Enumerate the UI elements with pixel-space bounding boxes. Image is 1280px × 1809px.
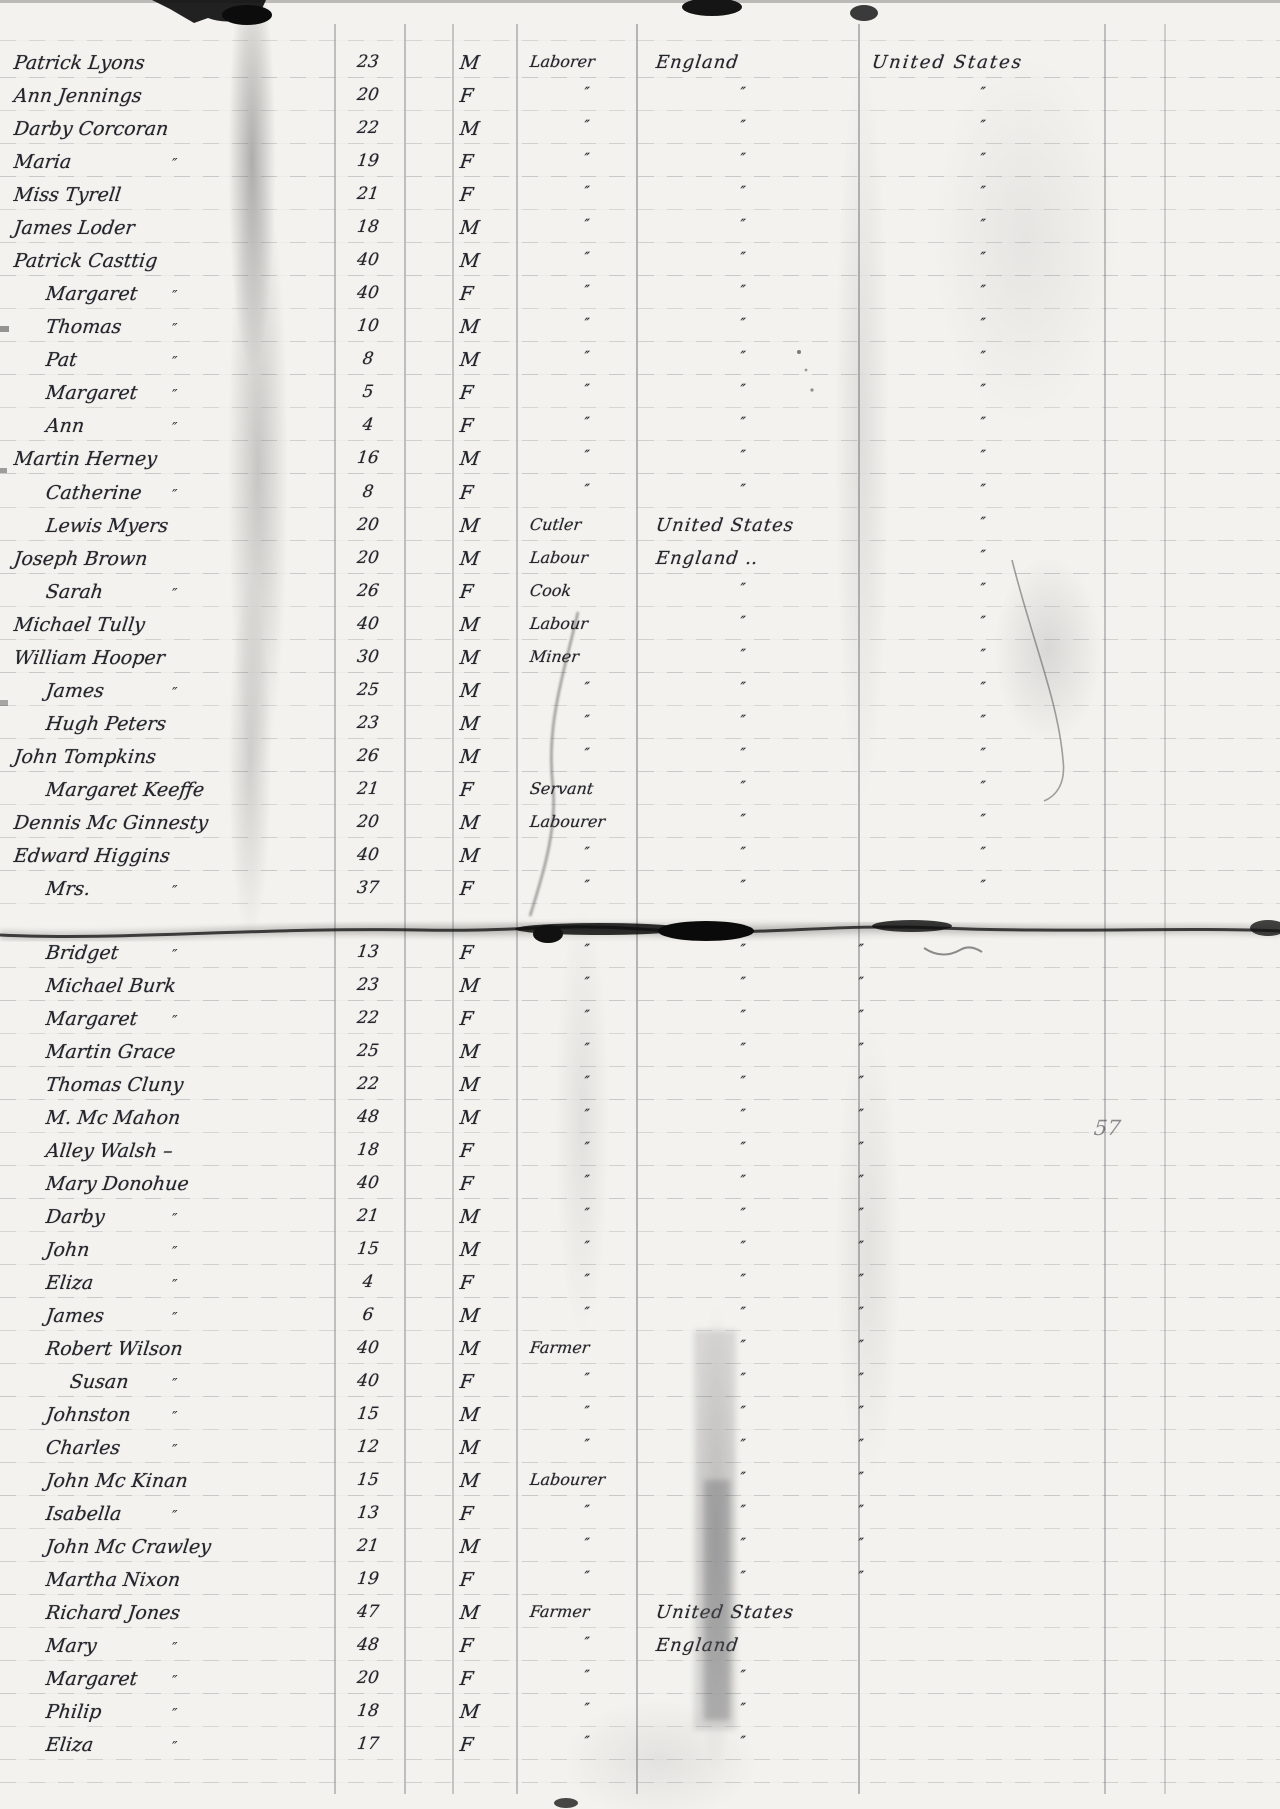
cell-age: 40 — [337, 1338, 399, 1358]
cell-age: 4 — [337, 1272, 399, 1292]
cell-residence: ″ — [857, 1470, 864, 1486]
cell-age: 23 — [337, 975, 399, 995]
cell-sex: F — [459, 1272, 510, 1294]
cell-birthplace: ″ — [739, 1470, 746, 1486]
cell-name: John Mc Crawley — [45, 1536, 213, 1558]
ledger-section-2: Bridget13F″″″″Michael Burk23M″″″Margaret… — [0, 0, 1280, 1809]
name-ditto-mark: ″ — [172, 1309, 178, 1327]
cell-sex: M — [459, 1404, 510, 1426]
ledger-row: Martha Nixon19F″″″ — [0, 1569, 1280, 1599]
cell-sex: M — [459, 1239, 510, 1261]
cell-age: 40 — [337, 1371, 399, 1391]
cell-birthplace: ″ — [739, 1239, 746, 1255]
cell-age: 18 — [337, 1140, 399, 1160]
page-number: 57 — [1093, 1116, 1122, 1140]
ledger-row: John Mc Kinan15MLabourer″″ — [0, 1470, 1280, 1500]
cell-birthplace: ″ — [739, 1404, 746, 1420]
cell-birthplace: ″ — [739, 1272, 746, 1288]
cell-sex: F — [459, 1173, 510, 1195]
cell-name: Isabella — [45, 1503, 123, 1525]
cell-age: 25 — [337, 1041, 399, 1061]
cell-sex: M — [459, 1470, 510, 1492]
cell-birthplace: ″ — [739, 1338, 746, 1354]
ledger-row: Robert Wilson40MFarmer″″ — [0, 1338, 1280, 1368]
cell-occupation: ″ — [583, 942, 590, 958]
cell-name: Mary Donohue — [45, 1173, 190, 1195]
cell-age: 15 — [337, 1239, 399, 1259]
cell-sex: F — [459, 1635, 510, 1657]
ledger-row: Martin Grace25M″″″ — [0, 1041, 1280, 1071]
ledger-row: Philip18M″″″ — [0, 1701, 1280, 1731]
cell-occupation: ″ — [583, 1272, 590, 1288]
cell-occupation: ″ — [583, 1074, 590, 1090]
name-ditto-mark: ″ — [172, 1375, 178, 1393]
cell-occupation: ″ — [583, 1437, 590, 1453]
cell-age: 48 — [337, 1107, 399, 1127]
ledger-row: Mary48F″England″ — [0, 1635, 1280, 1665]
cell-residence: ″ — [857, 1173, 864, 1189]
cell-birthplace: United States — [655, 1602, 796, 1623]
name-ditto-mark: ″ — [172, 1012, 178, 1030]
name-ditto-mark: ″ — [172, 1672, 178, 1690]
cell-sex: F — [459, 1569, 510, 1591]
cell-residence: ″ — [857, 1569, 864, 1585]
cell-name: Margaret — [45, 1668, 139, 1690]
cell-age: 19 — [337, 1569, 399, 1589]
cell-birthplace: ″ — [739, 1437, 746, 1453]
cell-name: James — [45, 1305, 106, 1327]
cell-occupation: ″ — [583, 1008, 590, 1024]
cell-occupation: ″ — [583, 1404, 590, 1420]
cell-name: Johnston — [45, 1404, 132, 1426]
ledger-row: M. Mc Mahon48M″″″ — [0, 1107, 1280, 1137]
cell-name: John Mc Kinan — [45, 1470, 189, 1492]
cell-birthplace: ″ — [739, 1107, 746, 1123]
cell-birthplace: ″ — [739, 942, 746, 958]
cell-birthplace: ″ — [739, 1173, 746, 1189]
cell-residence: ″ — [857, 1404, 864, 1420]
cell-residence: ″ — [857, 1503, 864, 1519]
cell-occupation: Farmer — [529, 1338, 591, 1357]
ledger-row: John15M″″″″ — [0, 1239, 1280, 1269]
cell-name: Martin Grace — [45, 1041, 177, 1063]
cell-occupation: ″ — [583, 1635, 590, 1651]
cell-age: 17 — [337, 1734, 399, 1754]
ledger-row: Richard Jones47MFarmerUnited States — [0, 1602, 1280, 1632]
cell-occupation: ″ — [583, 1371, 590, 1387]
cell-residence: ″ — [857, 1041, 864, 1057]
cell-residence: ″ — [857, 1371, 864, 1387]
cell-residence: ″ — [857, 1536, 864, 1552]
cell-birthplace: ″ — [739, 1008, 746, 1024]
name-ditto-mark: ″ — [172, 946, 178, 964]
name-ditto-mark: ″ — [172, 1705, 178, 1723]
cell-name: Philip — [45, 1701, 103, 1723]
cell-age: 40 — [337, 1173, 399, 1193]
cell-sex: F — [459, 1371, 510, 1393]
ledger-row: Thomas Cluny22M″″″ — [0, 1074, 1280, 1104]
cell-residence: ″ — [857, 1008, 864, 1024]
cell-age: 20 — [337, 1668, 399, 1688]
cell-occupation: ″ — [583, 1107, 590, 1123]
cell-residence: ″ — [857, 1239, 864, 1255]
name-ditto-mark: ″ — [172, 1639, 178, 1657]
cell-occupation: ″ — [583, 1668, 590, 1684]
cell-age: 18 — [337, 1701, 399, 1721]
cell-birthplace: ″ — [739, 1206, 746, 1222]
name-ditto-mark: ″ — [172, 1738, 178, 1756]
cell-sex: M — [459, 1536, 510, 1558]
ledger-row: James6M″″″″ — [0, 1305, 1280, 1335]
cell-age: 21 — [337, 1206, 399, 1226]
ledger-page: Patrick Lyons23MLaborerEnglandUnited Sta… — [0, 0, 1280, 1809]
cell-occupation: ″ — [583, 1701, 590, 1717]
ledger-row: Mary Donohue40F″″″ — [0, 1173, 1280, 1203]
cell-occupation: ″ — [583, 1569, 590, 1585]
cell-sex: M — [459, 1041, 510, 1063]
cell-name: Richard Jones — [45, 1602, 182, 1624]
cell-birthplace: ″ — [739, 1734, 746, 1750]
cell-occupation: ″ — [583, 975, 590, 991]
cell-birthplace: ″ — [739, 1140, 746, 1156]
cell-age: 48 — [337, 1635, 399, 1655]
ledger-row: Charles12M″″″″ — [0, 1437, 1280, 1467]
cell-birthplace: ″ — [739, 1503, 746, 1519]
cell-birthplace: ″ — [739, 1074, 746, 1090]
ledger-row: Susan40F″″″″ — [0, 1371, 1280, 1401]
cell-age: 22 — [337, 1008, 399, 1028]
cell-occupation: ″ — [583, 1305, 590, 1321]
name-ditto-mark: ″ — [172, 1507, 178, 1525]
ledger-row: Johnston15M″″″″ — [0, 1404, 1280, 1434]
cell-sex: F — [459, 1008, 510, 1030]
cell-name: Margaret — [45, 1008, 139, 1030]
cell-residence: ″ — [857, 1206, 864, 1222]
cell-residence: ″ — [857, 942, 864, 958]
cell-sex: M — [459, 1206, 510, 1228]
cell-age: 21 — [337, 1536, 399, 1556]
cell-birthplace: England — [655, 1635, 740, 1656]
cell-occupation: ″ — [583, 1239, 590, 1255]
cell-occupation: ″ — [583, 1734, 590, 1750]
cell-sex: M — [459, 1074, 510, 1096]
cell-age: 12 — [337, 1437, 399, 1457]
cell-sex: M — [459, 1338, 510, 1360]
cell-name: Darby — [45, 1206, 106, 1228]
name-ditto-mark: ″ — [172, 1243, 178, 1261]
name-ditto-mark: ″ — [172, 1408, 178, 1426]
cell-residence: ″ — [857, 1272, 864, 1288]
cell-occupation: ″ — [583, 1206, 590, 1222]
cell-birthplace: ″ — [739, 1371, 746, 1387]
cell-name: Martha Nixon — [45, 1569, 182, 1591]
cell-name: Michael Burk — [45, 975, 178, 997]
cell-birthplace: ″ — [739, 1668, 746, 1684]
cell-birthplace: ″ — [739, 1536, 746, 1552]
cell-age: 13 — [337, 1503, 399, 1523]
cell-name: Eliza — [45, 1734, 95, 1756]
cell-age: 22 — [337, 1074, 399, 1094]
cell-sex: F — [459, 1668, 510, 1690]
ledger-row: Isabella13F″″″″ — [0, 1503, 1280, 1533]
ledger-row: Darby21M″″″″ — [0, 1206, 1280, 1236]
cell-residence: ″ — [857, 1305, 864, 1321]
name-ditto-mark: ″ — [172, 1276, 178, 1294]
cell-sex: M — [459, 975, 510, 997]
cell-age: 6 — [337, 1305, 399, 1325]
cell-name: Eliza — [45, 1272, 95, 1294]
cell-sex: F — [459, 1140, 510, 1162]
cell-residence: ″ — [857, 1074, 864, 1090]
cell-name: John — [45, 1239, 91, 1261]
ledger-row: Michael Burk23M″″″ — [0, 975, 1280, 1005]
ledger-row: Margaret20F″″″ — [0, 1668, 1280, 1698]
cell-name: Thomas Cluny — [45, 1074, 185, 1096]
cell-sex: M — [459, 1437, 510, 1459]
cell-residence: ″ — [857, 1107, 864, 1123]
cell-name: Susan — [69, 1371, 130, 1393]
cell-occupation: ″ — [583, 1536, 590, 1552]
cell-name: M. Mc Mahon — [45, 1107, 182, 1129]
cell-birthplace: ″ — [739, 975, 746, 991]
cell-sex: M — [459, 1107, 510, 1129]
cell-age: 47 — [337, 1602, 399, 1622]
cell-residence: ″ — [857, 975, 864, 991]
cell-occupation: ″ — [583, 1041, 590, 1057]
cell-sex: F — [459, 942, 510, 964]
cell-name: Mary — [45, 1635, 98, 1657]
ledger-row: Margaret22F″″″″ — [0, 1008, 1280, 1038]
cell-name: Charles — [45, 1437, 122, 1459]
cell-sex: F — [459, 1734, 510, 1756]
cell-occupation: ″ — [583, 1140, 590, 1156]
cell-residence: ″ — [857, 1437, 864, 1453]
cell-occupation: ″ — [583, 1503, 590, 1519]
name-ditto-mark: ″ — [172, 1441, 178, 1459]
cell-occupation: ″ — [583, 1173, 590, 1189]
cell-birthplace: ″ — [739, 1569, 746, 1585]
cell-sex: M — [459, 1305, 510, 1327]
cell-birthplace: ″ — [739, 1305, 746, 1321]
cell-age: 13 — [337, 942, 399, 962]
cell-occupation: Labourer — [529, 1470, 606, 1489]
cell-name: Bridget — [45, 942, 120, 964]
name-ditto-mark: ″ — [172, 1210, 178, 1228]
cell-sex: M — [459, 1701, 510, 1723]
cell-occupation: Farmer — [529, 1602, 591, 1621]
ledger-row: Eliza17F″″″ — [0, 1734, 1280, 1764]
ledger-row: Bridget13F″″″″ — [0, 942, 1280, 972]
cell-age: 15 — [337, 1404, 399, 1424]
cell-name: Alley Walsh – — [45, 1140, 174, 1162]
cell-residence: ″ — [857, 1140, 864, 1156]
cell-residence: ″ — [857, 1338, 864, 1354]
ledger-row: Alley Walsh –18F″″″ — [0, 1140, 1280, 1170]
ledger-row: John Mc Crawley21M″″″ — [0, 1536, 1280, 1566]
cell-age: 15 — [337, 1470, 399, 1490]
cell-name: Robert Wilson — [45, 1338, 184, 1360]
ledger-row: Eliza4F″″″″ — [0, 1272, 1280, 1302]
cell-birthplace: ″ — [739, 1041, 746, 1057]
cell-birthplace: ″ — [739, 1701, 746, 1717]
cell-sex: M — [459, 1602, 510, 1624]
cell-sex: F — [459, 1503, 510, 1525]
